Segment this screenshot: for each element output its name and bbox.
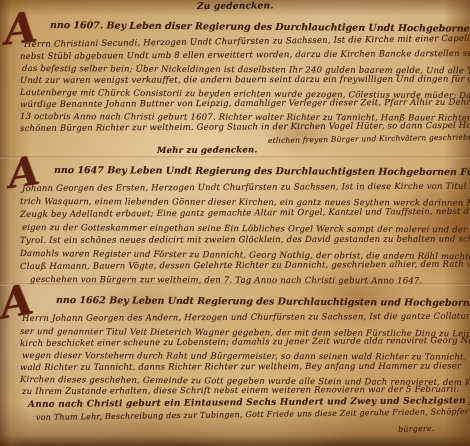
manuscript-line: zu Ihrem Zustande erhalten, diese Schrif… <box>22 386 459 397</box>
manuscript-line: Herrn Christiani Secundi, Herzogen Undt … <box>24 34 470 50</box>
manuscript-line: eigen zu der Gotteskammer eingethan sein… <box>22 224 470 235</box>
parchment-crease <box>0 156 470 159</box>
manuscript-line: wald Richter zu Tannicht, danns Richter … <box>20 362 461 372</box>
divider-heading: Mehr zu gedencken. <box>157 146 258 155</box>
manuscript-line: Undt zur waren wenigst verkauffet, die a… <box>20 75 470 85</box>
manuscript-line: Zeugk bey Adellandt erbauet; Eine gantz … <box>20 208 470 220</box>
manuscript-line: Johann Georgen des Ersten, Herzogen Undt… <box>22 182 470 193</box>
section-1607-tail: etlichen freyen Bürger und Kirchvätern g… <box>268 133 470 144</box>
manuscript-photo: Zu gedencken. A nno 1607. Bey Leben dise… <box>0 0 470 446</box>
manuscript-line: schönen Bürgen Richter zur weltheim. Geo… <box>20 121 470 133</box>
section-1662-first-line: nno 1662 Bey Leben Undt Regierung des Du… <box>56 296 470 309</box>
manuscript-line: geschehen von Bürgern zur weltheim, den … <box>30 276 422 286</box>
manuscript-line: kirch beschicket einer scheune zu Lobens… <box>20 337 470 349</box>
closing-signoff: bürgere. <box>398 425 435 434</box>
manuscript-line: Herrn Johann Georgen des Andern, Herzoge… <box>22 312 470 323</box>
page-title: Zu gedencken. <box>197 2 274 12</box>
section-1607-first-line: nno 1607. Bey Leben diser Regierung des … <box>50 21 470 35</box>
manuscript-line: nebst Stübl abgebauen Undt umb 8 ellen e… <box>20 49 470 61</box>
manuscript-line: Clauß Hamann, Bauern Vögte, dessen Geleh… <box>20 260 470 271</box>
manuscript-line: Tyrol. Ist ein schönes neues dedicirt mi… <box>20 235 470 245</box>
manuscript-line: würdige Benannte Johann Buttner von Leip… <box>20 98 470 109</box>
section-1647-first-line: nno 1647 Bey Leben Undt Regierung des Du… <box>54 166 470 178</box>
